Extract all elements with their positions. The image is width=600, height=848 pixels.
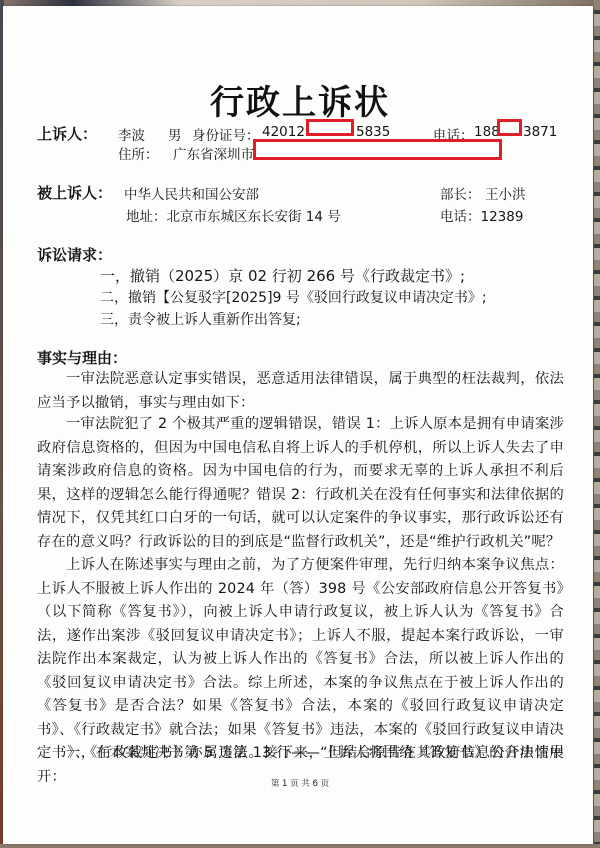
facts-heading: 事实与理由：	[37, 347, 127, 368]
appellee-label: 被上诉人：	[37, 182, 112, 203]
appellant-name: 李波	[118, 124, 145, 144]
appellee-name: 中华人民共和国公安部	[124, 183, 259, 203]
appellant-label: 上诉人：	[37, 123, 97, 144]
page-footer: 第 1 页 共 6 页	[0, 777, 600, 789]
photo-background-bottom	[0, 844, 600, 848]
appellant-address-label: 住所：	[118, 143, 159, 163]
claim-item-2: 二，撤销【公复驳字[2025]9 号《驳回行政复议申请决定书》;	[100, 287, 487, 307]
claims-heading: 诉讼请求：	[37, 244, 112, 265]
claim-item-1: 一，撤销（2025）京 02 行初 266 号《行政裁定书》;	[100, 265, 465, 286]
appellant-id-label: 身份证号：	[192, 124, 260, 144]
facts-paragraph-errors: 一审法院犯了 2 个极其严重的逻辑错误，错误 1：上诉人原本是拥有申请案涉政府信…	[37, 413, 564, 554]
appellant-id-suffix: 5835	[356, 124, 390, 140]
claim-item-3: 三，责令被上诉人重新作出答复;	[100, 309, 301, 329]
facts-paragraph-point-1: 一，在本案判决书第 5 页第 13 行——“但结合原告在其政府信息公开申请中的描…	[37, 742, 564, 766]
minister-name: 王小洪	[485, 183, 526, 203]
phone-redaction-box	[497, 119, 522, 136]
appellant-phone-prefix: 188	[474, 124, 500, 140]
appellant-gender: 男	[168, 124, 182, 144]
appellee-address: 地址：北京市东城区东长安街 14 号	[126, 205, 341, 225]
minister-label: 部长：	[440, 183, 481, 203]
appellee-phone: 电话：12389	[440, 205, 523, 225]
facts-paragraph-intro: 一审法院恶意认定事实错误，恶意适用法律错误，属于典型的枉法裁判，依法应当予以撤销…	[37, 368, 564, 415]
appellant-phone-suffix: 3871	[523, 124, 557, 140]
photo-background-right	[594, 0, 600, 848]
id-redaction-box	[306, 119, 354, 136]
appellant-address: 广东省深圳市	[173, 143, 254, 163]
document-title: 行政上诉状	[0, 75, 600, 124]
address-redaction-box	[253, 139, 502, 160]
